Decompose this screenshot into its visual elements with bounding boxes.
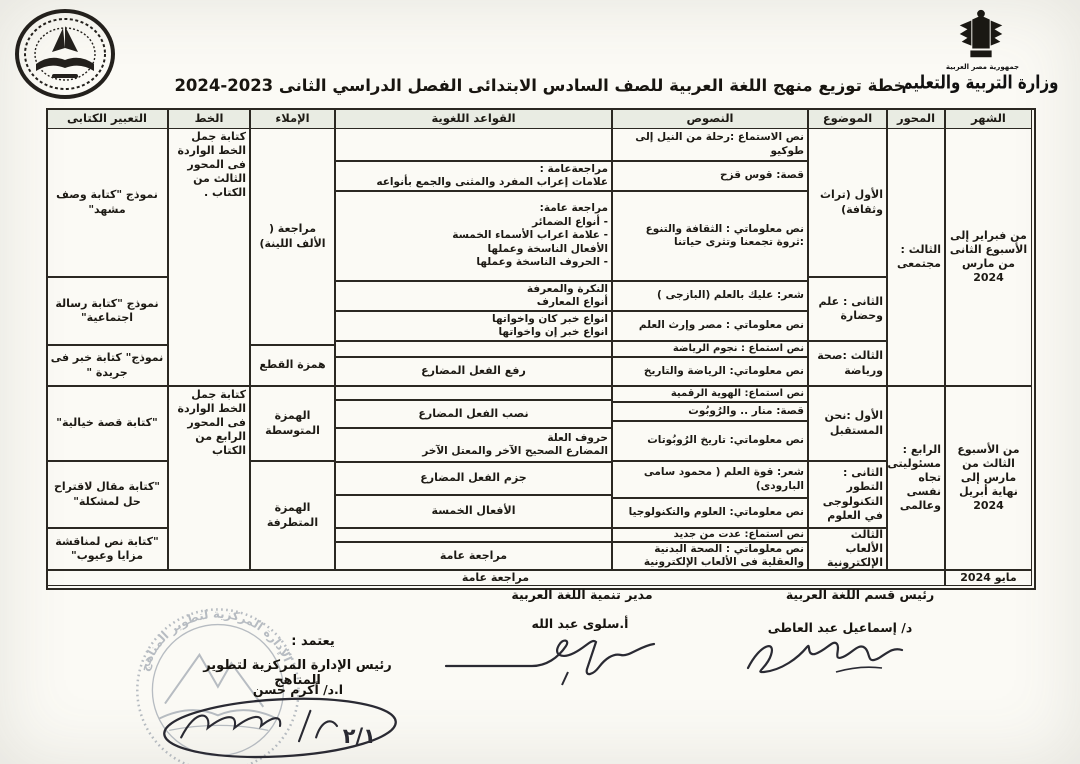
- col-header-handwriting: الخط: [168, 108, 250, 129]
- cell-writing-6: "كتابة نص لمناقشة مزايا وعيوب": [46, 528, 168, 570]
- cell-dictation-4: الهمزة المتطرفة: [250, 461, 335, 570]
- scanned-document-page: جمهورية مصر العربية وزارة التربية والتعل…: [0, 0, 1080, 764]
- cell-handwriting-1: كتابة جمل الخط الواردة فى المحور الثالث …: [168, 128, 250, 386]
- cell-topic-5: الثانى : التطور التكنولوجى في العلوم: [808, 461, 887, 528]
- cell-writing-5: "كتابة مقال لاقتراح حل لمشكلة": [46, 461, 168, 528]
- cell-text-6: نص استماع : نجوم الرياضة: [612, 341, 808, 357]
- cell-axis-2: الرابع : مسئوليتى تجاه نفسى وعالمى: [887, 386, 945, 570]
- cell-text-8: نص استماع: الهوية الرقمية: [612, 386, 808, 402]
- cell-text-2: قصة: قوس قزح: [612, 161, 808, 191]
- cell-topic-1: الأول (تراث وثقافة): [808, 128, 887, 277]
- cell-writing-2: نموذج "كتابة رسالة اجتماعية": [46, 277, 168, 345]
- cell-grammar-9: الأفعال الخمسة: [335, 495, 612, 528]
- dept-head-signature: [740, 628, 910, 683]
- cell-topic-2: الثانى : علم وحضارة: [808, 277, 887, 341]
- page-title: خطة توزيع منهج اللغة العربية للصف السادس…: [0, 76, 1080, 95]
- cell-dictation-3: الهمزة المتوسطة: [250, 386, 335, 461]
- col-header-writing: التعبير الكتابى: [46, 108, 168, 129]
- approve-label: يعتمد :: [278, 634, 348, 649]
- cell-grammar-4: انواع خبر كان واخواتها انواع خبر إن واخو…: [335, 311, 612, 341]
- cell-text-4: شعر: عليك بالعلم (البازجى ): [612, 281, 808, 311]
- cell-text-13: نص استماع: عدت من جديد: [612, 528, 808, 542]
- cell-grammar-8: جزم الفعل المضارع: [335, 462, 612, 495]
- cell-grammar-empty-2: [335, 341, 612, 357]
- cell-month-2: من الأسبوع الثالث من مارس إلى نهاية أبري…: [945, 386, 1032, 570]
- cell-text-11: شعر: قوة العلم ( محمود سامى البارودى): [612, 461, 808, 498]
- cell-month-3: مايو 2024: [945, 570, 1032, 586]
- cell-text-12: نص معلوماتي: العلوم والتكنولوجيا: [612, 498, 808, 528]
- cell-text-1: نص الاستماع :رحلة من النيل إلى طوكيو: [612, 128, 808, 161]
- approver-signature: ٢/١: [150, 688, 410, 764]
- col-header-topic: الموضوع: [808, 108, 887, 129]
- director-signature: [440, 628, 660, 688]
- col-header-dictation: الإملاء: [250, 108, 335, 129]
- cell-text-3: نص معلوماتي : الثقافة والتنوع :ثروة تجمع…: [612, 191, 808, 281]
- col-header-grammar: القواعد اللغوية: [335, 108, 612, 129]
- cell-grammar-2: مراجعة عامة: - أنواع الضمائر - علامة اعر…: [335, 191, 612, 281]
- cell-grammar-10: مراجعة عامة: [335, 542, 612, 570]
- director-title: مدير تنمية اللغة العربية: [492, 587, 672, 602]
- cell-grammar-3: النكرة والمعرفة أنواع المعارف: [335, 281, 612, 311]
- cell-grammar-6: نصب الفعل المضارع: [335, 400, 612, 428]
- dept-head-title: رئيس قسم اللغة العربية: [760, 587, 960, 602]
- cell-text-7: نص معلوماتي: الرياضة والتاريخ: [612, 357, 808, 386]
- cell-axis-1: الثالث : مجتمعى: [887, 128, 945, 386]
- cell-topic-6: الثالث الألعاب الإلكترونية: [808, 528, 887, 570]
- cell-topic-4: الأول :نحن المستقبل: [808, 386, 887, 461]
- cell-dictation-1: مراجعة ( الألف اللينة): [250, 128, 335, 345]
- col-header-axis: المحور: [887, 108, 945, 129]
- cell-writing-4: "كتابة قصة خيالية": [46, 386, 168, 461]
- cell-topic-3: الثالث :صحة ورياضة: [808, 341, 887, 386]
- cell-month-1: من فبراير إلى الأسبوع الثانى من مارس 202…: [945, 128, 1032, 386]
- ministry-eagle-icon: [952, 6, 1010, 64]
- cell-writing-1: نموذج "كتابة وصف مشهد": [46, 128, 168, 277]
- cell-text-14: نص معلوماتي : الصحة البدنية والعقلية فى …: [612, 542, 808, 570]
- cell-dictation-2: همزة القطع: [250, 345, 335, 386]
- cell-grammar-7: حروف العلة المضارع الصحيح الآخر والمعتل …: [335, 428, 612, 462]
- cell-handwriting-2: كتابة جمل الخط الواردة فى المحور الرابع …: [168, 386, 250, 570]
- cell-text-10: نص معلوماتي: تاريخ الرُوبُوتات: [612, 421, 808, 461]
- republic-label: جمهورية مصر العربية: [925, 63, 1040, 71]
- cell-grammar-1: مراجعةعامة : علامات إعراب المفرد والمثنى…: [335, 161, 612, 191]
- cell-grammar-empty-3: [335, 386, 612, 400]
- cell-grammar-5: رفع الفعل المضارع: [335, 357, 612, 386]
- cell-writing-3: نموذج" كتابة خبر فى جريدة ": [46, 345, 168, 386]
- cell-text-9: قصة: منار .. والرُوبُوت: [612, 402, 808, 421]
- cell-final-review: مراجعة عامة: [46, 570, 945, 586]
- cell-grammar-empty-4: [335, 528, 612, 542]
- approve-date: ٢/١: [343, 724, 376, 748]
- col-header-texts: النصوص: [612, 108, 808, 129]
- col-header-month: الشهر: [945, 108, 1032, 129]
- cell-text-5: نص معلوماتي : مصر وإرث العلم: [612, 311, 808, 341]
- cell-grammar-empty-1: [335, 128, 612, 161]
